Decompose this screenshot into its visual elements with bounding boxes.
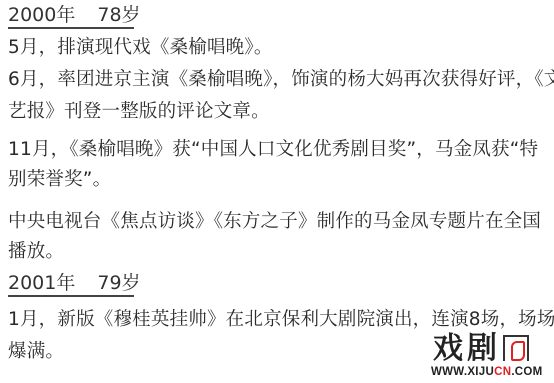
paragraph-line: 艺报》刊登一整版的评论文章。: [8, 100, 270, 124]
age-label: 79岁: [97, 272, 140, 294]
url-accent: CN: [494, 366, 511, 378]
paragraph-line: 别荣誉奖”。: [8, 168, 111, 192]
paragraph-line: 5月，排演现代戏《桑榆唱晚》。: [8, 36, 273, 60]
watermark-logo: 戏剧: [433, 333, 529, 365]
site-watermark: 戏剧 WWW.XIJUCN.COM: [425, 333, 550, 381]
paragraph-line: 播放。: [8, 240, 64, 264]
age-label: 78岁: [97, 4, 140, 26]
paragraph-line: 1月，新版《穆桂英挂帅》在北京保利大剧院演出，连演8场，场场: [8, 308, 554, 332]
url-suffix: .COM: [511, 366, 542, 378]
paragraph-line: 6月，率团进京主演《桑榆唱晚》，饰演的杨大妈再次获得好评，《文: [8, 68, 554, 92]
year-heading-2000: 2000年78岁: [8, 3, 134, 29]
year-label: 2001年: [8, 272, 75, 294]
paragraph-line: 爆满。: [8, 340, 64, 364]
watermark-logo-icon: [503, 335, 529, 361]
url-prefix: WWW.XIJU: [431, 366, 494, 378]
paragraph-line: 11月，《桑榆唱晚》获“中国人口文化优秀剧目奖”，马金凤获“特: [8, 138, 538, 162]
watermark-logo-text: 戏剧: [433, 331, 501, 366]
paragraph-line: 中央电视台《焦点访谈》《东方之子》制作的马金凤专题片在全国: [8, 210, 541, 234]
watermark-url: WWW.XIJUCN.COM: [431, 365, 543, 379]
year-heading-2001: 2001年79岁: [8, 271, 134, 297]
document-page: 2000年78岁 5月，排演现代戏《桑榆唱晚》。 6月，率团进京主演《桑榆唱晚》…: [0, 0, 554, 383]
year-label: 2000年: [8, 4, 75, 26]
